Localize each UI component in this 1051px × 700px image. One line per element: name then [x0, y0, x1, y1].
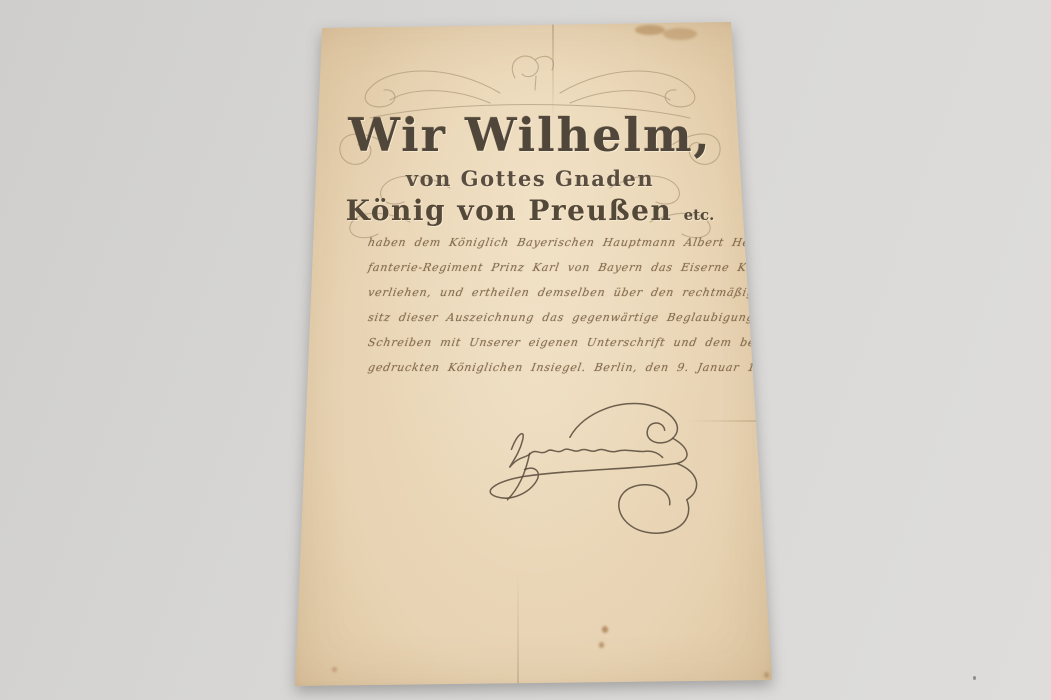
title-line-1: Wir Wilhelm,	[330, 108, 730, 162]
stain-top-right	[635, 25, 665, 35]
handwritten-line-3: verliehen, und ertheilen demselben über …	[367, 286, 721, 299]
photo-background: Wir Wilhelm, von Gottes Gnaden König von…	[0, 0, 1051, 700]
title-line-2: von Gottes Gnaden	[330, 166, 730, 191]
title-line-3-main: König von Preußen	[346, 194, 673, 227]
handwritten-line-1: haben dem Königlich Bayerischen Hauptman…	[367, 236, 721, 249]
fold-crease-bottom	[517, 572, 519, 684]
paper-shadow-wrap: Wir Wilhelm, von Gottes Gnaden König von…	[0, 0, 1051, 700]
handwritten-line-5: Schreiben mit Unserer eigenen Unterschri…	[367, 336, 721, 349]
handwritten-line-6: gedruckten Königlichen Insiegel. Berlin,…	[367, 361, 721, 374]
award-document-paper: Wir Wilhelm, von Gottes Gnaden König von…	[293, 20, 773, 688]
handwritten-line-4: sitz dieser Auszeichnung das gegenwärtig…	[367, 311, 721, 324]
handwritten-line-2: fanterie-Regiment Prinz Karl von Bayern …	[367, 261, 721, 274]
title-line-3-etc: etc.	[684, 206, 715, 224]
background-speck	[973, 676, 976, 680]
foxing-spot	[332, 667, 337, 672]
title-line-3: König von Preußen etc.	[330, 194, 730, 227]
foxing-spot	[602, 626, 608, 633]
stain-top-right-2	[663, 28, 697, 40]
foxing-spot	[764, 672, 769, 678]
foxing-spot	[599, 642, 604, 648]
wilhelm-signature	[451, 396, 713, 544]
